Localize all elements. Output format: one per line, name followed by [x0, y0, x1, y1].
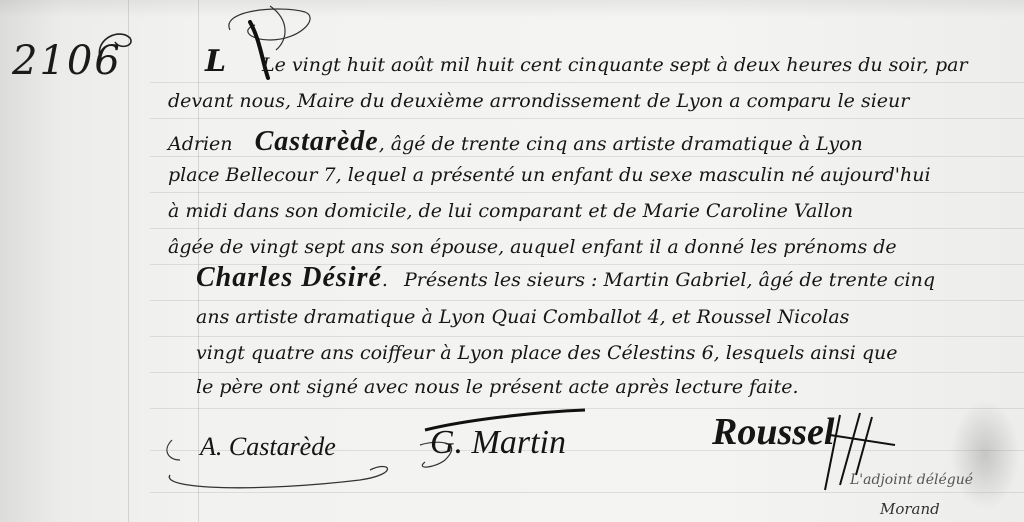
- signature-castarede: A. Castarède: [200, 432, 336, 462]
- text-line-3: Adrien Castarède, âgé de trente cinq ans…: [168, 126, 863, 158]
- register-page: 2106 L Le vingt huit août mil huit cent …: [0, 0, 1024, 522]
- ruled-line: [150, 118, 1024, 119]
- ruled-line: [150, 192, 1024, 193]
- ruled-line: [150, 228, 1024, 229]
- text-line-4: place Bellecour 7, lequel a présenté un …: [168, 164, 931, 186]
- ink-smudge: [950, 400, 1020, 510]
- text-line-8: ans artiste dramatique à Lyon Quai Comba…: [196, 306, 849, 328]
- witnesses-intro: Présents les sieurs : Martin Gabriel, âg…: [404, 269, 935, 291]
- text-line-7: Charles Désiré. Présents les sieurs : Ma…: [196, 262, 935, 294]
- adjoint-signature: Morand: [880, 500, 940, 518]
- text-line-9: vingt quatre ans coiffeur à Lyon place d…: [196, 342, 897, 364]
- margin-line: [128, 0, 129, 522]
- father-age-profession: âgé de trente cinq ans artiste dramatiqu…: [391, 133, 863, 155]
- ruled-line: [150, 372, 1024, 373]
- text-line-6: âgée de vingt sept ans son épouse, auque…: [168, 236, 897, 258]
- adjoint-annotation: L'adjoint délégué: [850, 472, 973, 488]
- text-line-10: le père ont signé avec nous le présent a…: [196, 376, 799, 398]
- initial-letter-flourish-icon: [210, 0, 330, 90]
- signature-roussel: Roussel: [712, 410, 834, 454]
- ruled-line: [150, 300, 1024, 301]
- number-flourish-icon: [90, 28, 140, 68]
- signature-martin: G. Martin: [430, 424, 566, 462]
- text-line-1: Le vingt huit août mil huit cent cinquan…: [262, 54, 968, 76]
- margin-initial: L: [205, 44, 226, 79]
- surname-highlight: Castarède: [255, 126, 379, 157]
- ruled-line: [150, 336, 1024, 337]
- text-line-5: à midi dans son domicile, de lui compara…: [168, 200, 853, 222]
- father-given-name: Adrien: [168, 133, 233, 155]
- text-line-2: devant nous, Maire du deuxième arrondiss…: [168, 90, 909, 112]
- child-given-names: Charles Désiré: [196, 262, 382, 293]
